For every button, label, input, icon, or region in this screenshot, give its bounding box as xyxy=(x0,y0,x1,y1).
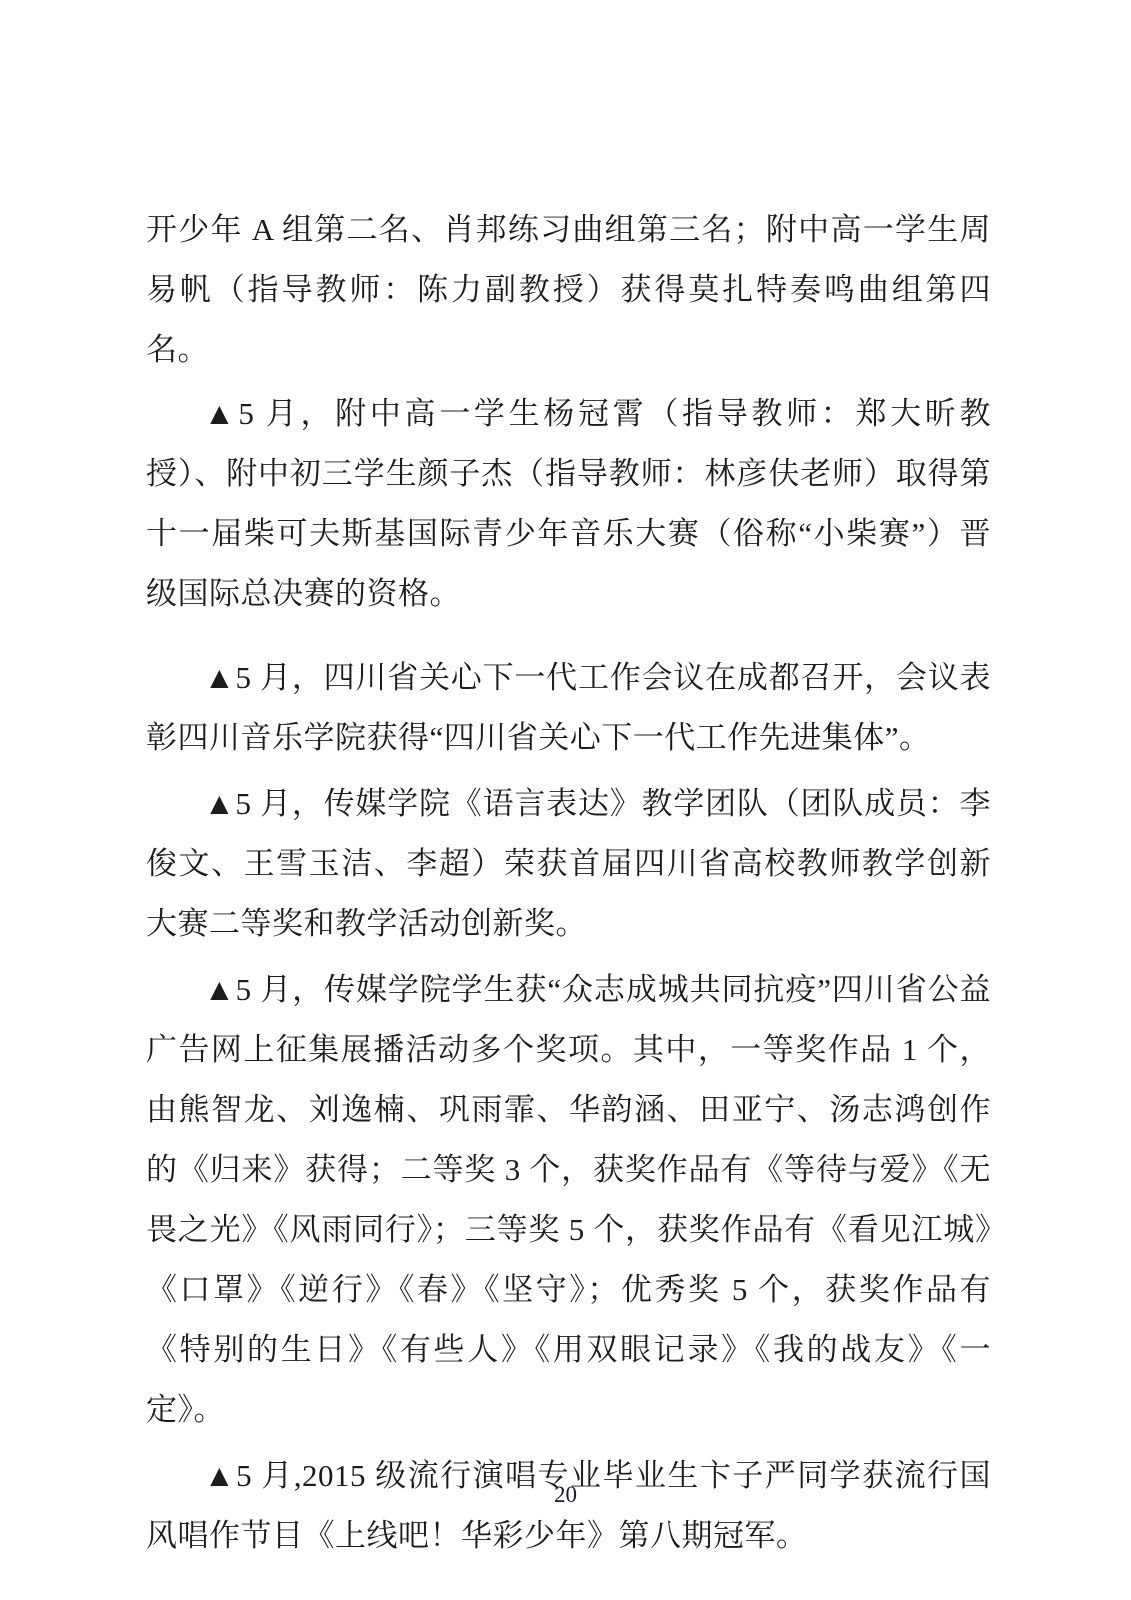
paragraph-entry-may-nextgen-meeting: ▲5 月，四川省关心下一代工作会议在成都召开，会议表彰四川音乐学院获得“四川省关… xyxy=(146,648,991,768)
page-number: 20 xyxy=(0,1482,1131,1508)
paragraph-entry-may-tchaikovsky: ▲5 月，附中高一学生杨冠霄（指导教师：郑大昕教授）、附中初三学生颜子杰（指导教… xyxy=(146,384,991,624)
page-body-text: 开少年 A 组第二名、肖邦练习曲组第三名；附中高一学生周易帆（指导教师：陈力副教… xyxy=(146,200,991,1566)
paragraph-entry-may-teaching-team: ▲5 月，传媒学院《语言表达》教学团队（团队成员：李俊文、王雪玉洁、李超）荣获首… xyxy=(146,774,991,954)
document-page: 开少年 A 组第二名、肖邦练习曲组第三名；附中高一学生周易帆（指导教师：陈力副教… xyxy=(0,0,1131,1600)
paragraph-continuation: 开少年 A 组第二名、肖邦练习曲组第三名；附中高一学生周易帆（指导教师：陈力副教… xyxy=(146,200,991,380)
paragraph-entry-may-psa-awards: ▲5 月，传媒学院学生获“众志成城共同抗疫”四川省公益广告网上征集展播活动多个奖… xyxy=(146,960,991,1440)
